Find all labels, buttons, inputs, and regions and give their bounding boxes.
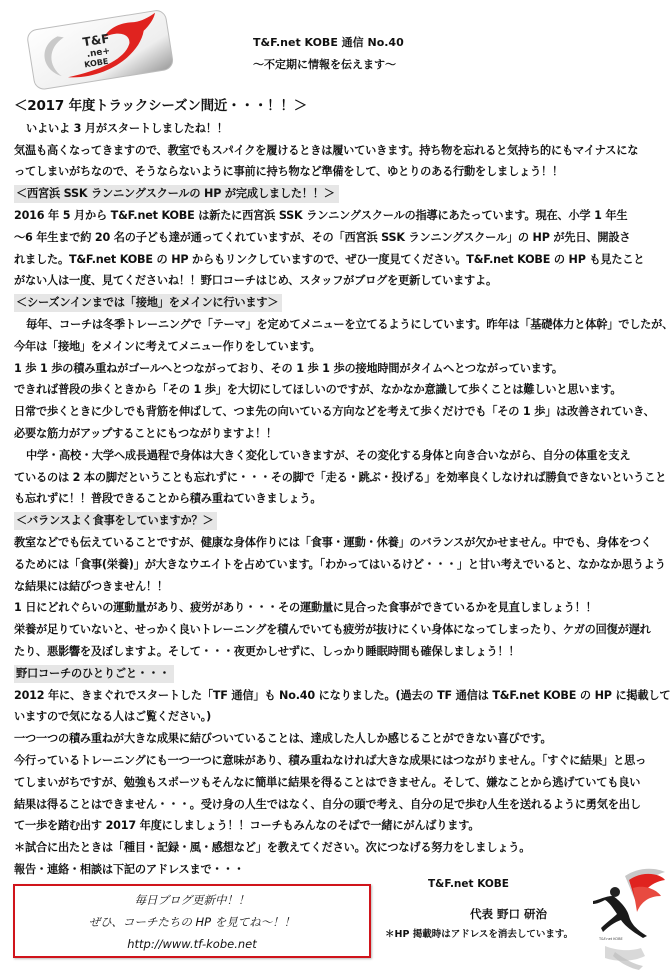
section-heading-text: ＜西宮浜 SSK ランニングスクールの HP が完成しました！！＞ bbox=[14, 185, 339, 203]
body-line: て一歩を踏む出す 2017 年度にしましょう！！コーチもみんなのそばで一緒にがん… bbox=[14, 815, 664, 837]
body-line: できれば普段の歩くときから「その 1 歩」を大切にしてほしいのですが、なかなか意… bbox=[14, 379, 664, 401]
body-line: 2016 年 5 月から T&F.net KOBE は新たに西宮浜 SSK ラン… bbox=[14, 205, 664, 227]
body-line: 一つ一つの積み重ねが大きな成果に結びついていることは、達成した人しか感じることが… bbox=[14, 728, 664, 750]
blog-promo-box: 毎日ブログ更新中！！ ぜひ、コーチたちの HP を見てね～！！ http://w… bbox=[13, 884, 371, 958]
svg-text:T&F.net KOBE: T&F.net KOBE bbox=[598, 937, 623, 941]
main-heading: ＜2017 年度トラックシーズン間近・・・！！＞ bbox=[14, 96, 664, 118]
promo-line-blog: 毎日ブログ更新中！！ bbox=[15, 889, 369, 911]
newsletter-title: T&F.net KOBE 通信 No.40 bbox=[253, 34, 404, 50]
body-line: るためには「食事(栄養)」が大きなウエイトを占めています。「わかってはいるけど・… bbox=[14, 554, 664, 576]
body-line: な結果には結びつきません！！ bbox=[14, 576, 664, 598]
section-heading: ＜西宮浜 SSK ランニングスクールの HP が完成しました！！＞ bbox=[14, 183, 664, 205]
newsletter-subtitle: ～不定期に情報を伝えます～ bbox=[253, 56, 396, 72]
body-line: 今年は「接地」をメインに考えてメニュー作りをしています。 bbox=[14, 336, 664, 358]
signature-note: ＊HP 掲載時はアドレスを消去しています。 bbox=[385, 926, 573, 940]
section-heading-text: ＜バランスよく食事をしていますか？＞ bbox=[14, 512, 217, 530]
promo-url-link[interactable]: http://www.tf-kobe.net bbox=[15, 933, 369, 955]
signature-representative: 代表 野口 研治 bbox=[470, 906, 547, 922]
body-line: たり、悪影響を及ぼしますよ。そして・・・夜更かしせずに、しっかり睡眠時間も確保し… bbox=[14, 641, 664, 663]
body-line: がない人は一度、見てくださいね！！野口コーチはじめ、スタッフがブログを更新してい… bbox=[14, 270, 664, 292]
body-line: 必要な筋力がアップすることにもつながりますよ！！ bbox=[14, 423, 664, 445]
body-line: ってしまいがちなので、そうならないように事前に持ち物など準備をして、ゆとりのある… bbox=[14, 161, 664, 183]
body-line: 毎年、コーチは冬季トレーニングで「テーマ」を定めてメニューを立てるようにしていま… bbox=[14, 314, 664, 336]
body-line: 日常で歩くときに少しでも背筋を伸ばして、つま先の向いている方向などを考えて歩くだ… bbox=[14, 401, 664, 423]
body-line: 報告・連絡・相談は下記のアドレスまで・・・ bbox=[14, 859, 664, 881]
body-line: ているのは 2 本の脚だということも忘れずに・・・その脚で「走る・跳ぶ・投げる」… bbox=[14, 467, 664, 489]
section-heading: ＜シーズンインまでは「接地」をメインに行います＞ bbox=[14, 292, 664, 314]
signature-org: T&F.net KOBE bbox=[428, 878, 509, 890]
body-line: ＊試合に出たときは「種目・記録・風・感想など」を教えてください。次につなげる努力… bbox=[14, 837, 664, 859]
body-line: てしまいがちですが、勉強もスポーツもそんなに簡単に結果を得ることはできません。そ… bbox=[14, 772, 664, 794]
body-line: 教室などでも伝えていることですが、健康な身体作りには「食事・運動・休養」のバラン… bbox=[14, 532, 664, 554]
section-heading: ＜バランスよく食事をしていますか？＞ bbox=[14, 510, 664, 532]
runner-logo: T&F.net KOBE bbox=[585, 866, 667, 972]
body-line: 栄養が足りていないと、せっかく良いトレーニングを積んでいても疲労が抜けにくい身体… bbox=[14, 619, 664, 641]
body-line: いよいよ 3 月がスタートしましたね！！ bbox=[14, 118, 664, 140]
section-heading: 野口コーチのひとりごと・・・ bbox=[14, 663, 664, 685]
section-heading-text: 野口コーチのひとりごと・・・ bbox=[14, 665, 174, 683]
body-line: 1 日にどれぐらいの運動量があり、疲労があり・・・その運動量に見合った食事ができ… bbox=[14, 597, 664, 619]
tf-net-kobe-logo: T&F .ne+ KOBE bbox=[20, 8, 178, 90]
body-line: 1 歩 1 歩の積み重ねがゴールへとつながっており、その 1 歩 1 歩の接地時… bbox=[14, 358, 664, 380]
body-line: ～6 年生まで約 20 名の子ども達が通ってくれていますが、その「西宮浜 SSK… bbox=[14, 227, 664, 249]
body-line: 2012 年に、きまぐれでスタートした「TF 通信」も No.40 になりました… bbox=[14, 685, 664, 707]
body-line: 気温も高くなってきますので、教室でもスパイクを履けるときは履いていきます。持ち物… bbox=[14, 140, 664, 162]
newsletter-body: ＜2017 年度トラックシーズン間近・・・！！＞いよいよ 3 月がスタートしまし… bbox=[14, 96, 664, 881]
body-line: 今行っているトレーニングにも一つ一つに意味があり、積み重ねなければ大きな成果には… bbox=[14, 750, 664, 772]
section-heading-text: ＜シーズンインまでは「接地」をメインに行います＞ bbox=[14, 294, 282, 312]
body-line: いますので気になる人はご覧ください。) bbox=[14, 706, 664, 728]
promo-line-hp: ぜひ、コーチたちの HP を見てね～！！ bbox=[15, 911, 369, 933]
body-line: 結果は得ることはできません・・・。受け身の人生ではなく、自分の頭で考え、自分の足… bbox=[14, 794, 664, 816]
body-line: れました。T&F.net KOBE の HP からもリンクしていますので、ぜひ一… bbox=[14, 249, 664, 271]
body-line: も忘れずに！！普段できることから積み重ねていきましょう。 bbox=[14, 488, 664, 510]
body-line: 中学・高校・大学へ成長過程で身体は大きく変化していきますが、その変化する身体と向… bbox=[14, 445, 664, 467]
